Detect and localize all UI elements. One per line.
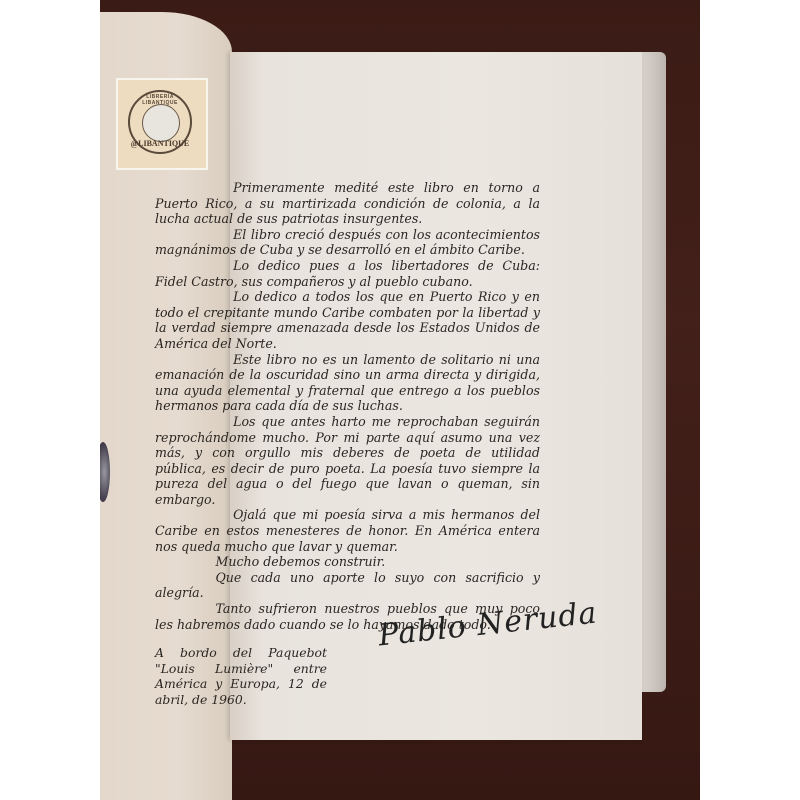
paragraph: Primeramente medité este libro en torno …	[155, 180, 540, 227]
logo-bottom-text: @LIBANTIQUE	[130, 139, 190, 148]
bookstore-logo: LIBRERÍA LIBANTIQUE @LIBANTIQUE	[116, 78, 208, 170]
paragraph: Que cada uno aporte lo suyo con sacrific…	[155, 570, 540, 601]
logo-circle: LIBRERÍA LIBANTIQUE @LIBANTIQUE	[128, 90, 192, 154]
dedication-text: Primeramente medité este libro en torno …	[155, 180, 540, 632]
logo-image	[142, 104, 180, 142]
place-date: A bordo del Paquebot "Louis Lumière" ent…	[155, 645, 327, 707]
paragraph: El libro creció después con los aconteci…	[155, 227, 540, 258]
paragraph: Este libro no es un lamento de solitario…	[155, 352, 540, 414]
binding-ring	[100, 442, 110, 502]
paragraph: Lo dedico a todos los que en Puerto Rico…	[155, 289, 540, 351]
paragraph: Mucho debemos construir.	[155, 554, 540, 570]
paragraph: Los que antes harto me reprochaban segui…	[155, 414, 540, 508]
paragraph: Lo dedico pues a los libertadores de Cub…	[155, 258, 540, 289]
paragraph: Ojalá que mi poesía sirva a mis hermanos…	[155, 507, 540, 554]
